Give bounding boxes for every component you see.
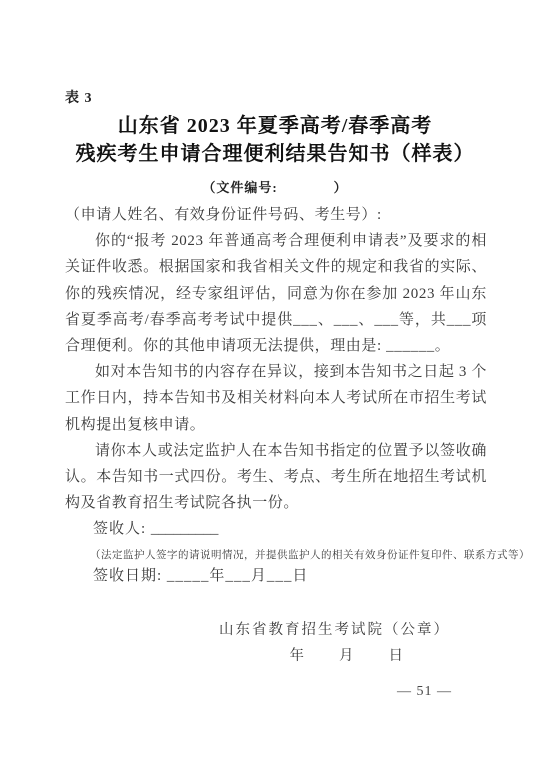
sign-date-label: 签收日期:	[93, 568, 167, 584]
signer-label: 签收人:	[93, 521, 151, 537]
signer-blank-field: _________	[151, 521, 219, 537]
issuing-date-line: 年 月 日	[290, 644, 406, 665]
sign-date-line: 签收日期: _____年___月___日	[93, 564, 308, 585]
paragraph-copies: 请你本人或法定监护人在本告知书指定的位置予以签收确认。本告知书一式四份。考生、考…	[65, 438, 487, 517]
guardian-signature-note: （法定监护人签字的请说明情况，并提供监护人的相关有效身份证件复印件、联系方式等）	[90, 547, 530, 562]
title-line-2: 残疾考生申请合理便利结果告知书（样表）	[0, 140, 550, 168]
table-label: 表 3	[65, 87, 93, 107]
document-title: 山东省 2023 年夏季高考/春季高考 残疾考生申请合理便利结果告知书（样表）	[0, 112, 550, 168]
sign-date-blank-field: _____年___月___日	[167, 568, 309, 584]
document-number-line: （文件编号: ）	[0, 177, 550, 196]
recipient-line: （申请人姓名、有效身份证件号码、考生号）:	[65, 202, 487, 228]
paragraph-appeal: 如对本告知书的内容存在异议，接到本告知书之日起 3 个工作日内，持本告知书及相关…	[65, 359, 487, 438]
document-body: （申请人姓名、有效身份证件号码、考生号）: 你的“报考 2023 年普通高考合理…	[65, 202, 487, 516]
page-number: — 51 —	[397, 684, 452, 700]
paragraph-decision: 你的“报考 2023 年普通高考合理便利申请表”及要求的相关证件收悉。根据国家和…	[65, 228, 487, 359]
document-page: 表 3 山东省 2023 年夏季高考/春季高考 残疾考生申请合理便利结果告知书（…	[0, 0, 550, 778]
signer-line: 签收人: _________	[93, 517, 218, 538]
issuing-authority-seal-line: 山东省教育招生考试院（公章）	[219, 618, 450, 639]
title-line-1: 山东省 2023 年夏季高考/春季高考	[0, 112, 550, 140]
